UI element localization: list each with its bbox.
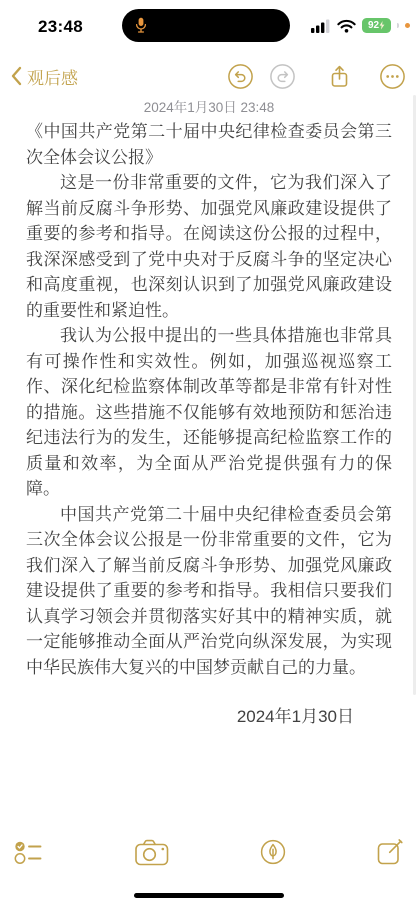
- note-timestamp: 2024年1月30日 23:48: [0, 96, 418, 116]
- nav-bar: 观后感: [0, 58, 418, 94]
- redo-icon-disabled[interactable]: [269, 63, 296, 90]
- note-title: 《中国共产党第二十届中央纪律检查委员会第三次全体会议公报》: [26, 119, 392, 170]
- notes-app-screen: 23:48: [0, 0, 418, 907]
- note-paragraph: 这是一份非常重要的文件，它为我们深入了解当前反腐斗争形势、加强党风廉政建设提供了…: [26, 170, 392, 323]
- checklist-icon[interactable]: [13, 838, 47, 866]
- battery-percent: 92: [368, 21, 379, 31]
- clock: 23:48: [38, 17, 83, 37]
- note-closing-date: 2024年1月30日: [26, 704, 392, 730]
- camera-icon[interactable]: [134, 838, 170, 866]
- cellular-signal-icon: [311, 19, 331, 33]
- chevron-left-icon: [10, 66, 22, 86]
- wifi-icon: [337, 19, 356, 33]
- note-text-editor[interactable]: 《中国共产党第二十届中央纪律检查委员会第三次全体会议公报》 这是一份非常重要的文…: [26, 119, 392, 730]
- back-button[interactable]: 观后感: [10, 64, 78, 89]
- charging-bolt-icon: [379, 21, 385, 30]
- scrollbar[interactable]: [413, 95, 416, 695]
- bottom-toolbar: [0, 824, 418, 880]
- battery-indicator-charging: 92: [362, 18, 391, 33]
- markup-pen-icon[interactable]: [258, 837, 288, 867]
- share-icon[interactable]: [326, 63, 353, 90]
- note-paragraph: 中国共产党第二十届中央纪律检查委员会第三次全体会议公报是一份非常重要的文件，它为…: [26, 502, 392, 681]
- more-options-icon[interactable]: [379, 63, 406, 90]
- microphone-icon: [135, 17, 147, 34]
- status-bar: 23:48: [0, 0, 418, 54]
- home-indicator[interactable]: [134, 893, 284, 898]
- undo-icon[interactable]: [227, 63, 254, 90]
- dynamic-island[interactable]: [122, 9, 290, 42]
- mic-in-use-indicator-dot: [405, 23, 410, 28]
- note-paragraph: 我认为公报中提出的一些具体措施也非常具有可操作性和实效性。例如，加强巡视巡察工作…: [26, 323, 392, 502]
- battery-cap: [397, 23, 399, 28]
- compose-note-icon[interactable]: [375, 837, 405, 867]
- back-button-label: 观后感: [27, 64, 78, 89]
